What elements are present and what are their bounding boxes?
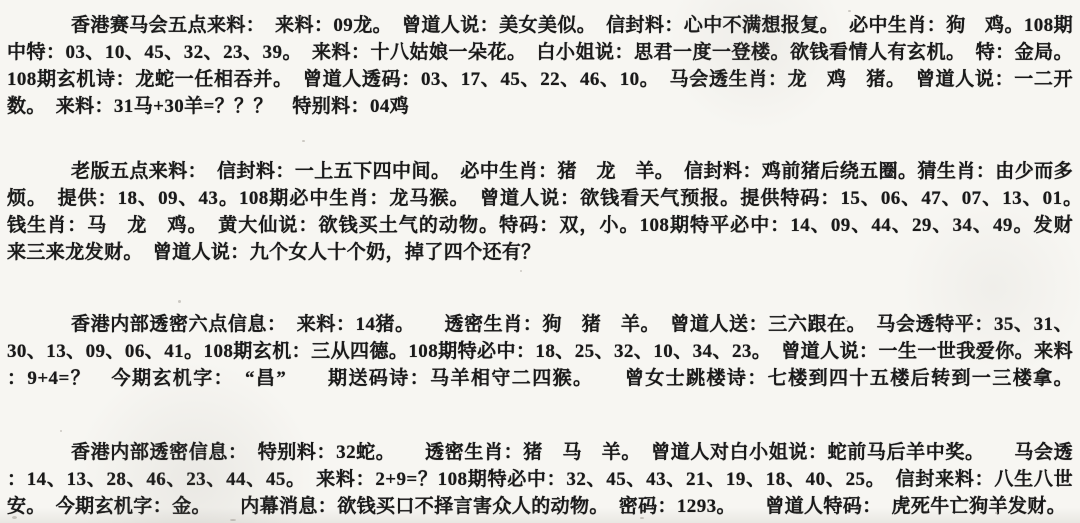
paragraph-hkjc-five-oclock: 香港赛马会五点来料： 来料：09龙。 曾道人说：美女美似。 信封料：心中不满想报… [0, 12, 1080, 120]
text-line: 30、13、09、06、41。108期玄机：三从四德。108期特必中：18、25… [7, 338, 1073, 365]
text-line: 烦。 提供：18、09、43。108期必中生肖：龙马猴。 曾道人说：欲钱看天气预… [7, 185, 1073, 212]
text-line: 香港内部透密信息： 特别料：32蛇。 透密生肖：猪 马 羊。 曾道人对白小姐说：… [7, 439, 1073, 466]
scanned-document-page: 香港赛马会五点来料： 来料：09龙。 曾道人说：美女美似。 信封料：心中不满想报… [0, 0, 1080, 523]
text-line: ：9+4=？ 今期玄机字： “昌” 期送码诗：马羊相守二四猴。 曾女士跳楼诗：七… [7, 365, 1073, 392]
text-line: 钱生肖：马 龙 鸡。 黄大仙说：欲钱买土气的动物。特码：双，小。108期特平必中… [7, 212, 1073, 239]
scan-speck [302, 140, 305, 142]
scan-speck [520, 270, 522, 272]
text-line: 来三来龙发财。 曾道人说：九个女人十个奶，掉了四个还有？ [7, 239, 1073, 266]
text-line: 香港内部透密六点信息： 来料：14猪。 透密生肖：狗 猪 羊。 曾道人送：三六跟… [7, 311, 1073, 338]
scan-speck [60, 430, 62, 432]
paragraph-hk-internal-secret: 香港内部透密信息： 特别料：32蛇。 透密生肖：猪 马 羊。 曾道人对白小姐说：… [0, 439, 1080, 520]
text-line: 中特：03、10、45、32、23、39。 来料：十八姑娘一朵花。 白小姐说：思… [7, 39, 1073, 66]
text-line: 数。 来料：31马+30羊=？？？ 特别料：04鸡 [7, 93, 1073, 120]
paragraph-old-edition-five-oclock: 老版五点来料： 信封料：一上五下四中间。 必中生肖：猪 龙 羊。 信封料：鸡前猪… [0, 158, 1080, 266]
text-line: ：14、13、28、46、23、44、45。 来料：2+9=？108期特必中：3… [7, 466, 1073, 493]
text-line: 108期玄机诗：龙蛇一任相吞并。 曾道人透码：03、17、45、22、46、10… [7, 66, 1073, 93]
text-line: 安。 今期玄机字：金。 内幕消息：欲钱买口不择言害众人的动物。 密码：1293。… [7, 493, 1073, 520]
scan-speck [178, 300, 181, 303]
text-line: 香港赛马会五点来料： 来料：09龙。 曾道人说：美女美似。 信封料：心中不满想报… [7, 12, 1073, 39]
paragraph-hk-internal-six-oclock: 香港内部透密六点信息： 来料：14猪。 透密生肖：狗 猪 羊。 曾道人送：三六跟… [0, 311, 1080, 392]
text-line: 老版五点来料： 信封料：一上五下四中间。 必中生肖：猪 龙 羊。 信封料：鸡前猪… [7, 158, 1073, 185]
